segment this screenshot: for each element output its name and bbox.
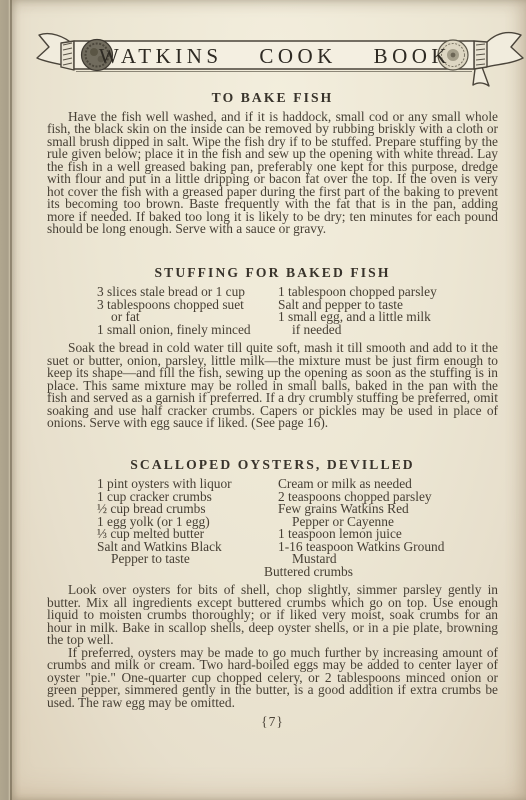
stuffing-ingredients-right: 1 tablespoon chopped parsley Salt and pe… (278, 286, 498, 336)
ingredient-line: 1 small onion, finely minced (97, 324, 278, 337)
to-bake-fish-paragraph: Have the fish well washed, and if it is … (47, 111, 498, 236)
book-title: WATKINS COOK BOOK (99, 44, 451, 68)
oysters-ingredients-left: 1 pint oysters with liquor 1 cup cracker… (97, 478, 278, 566)
oysters-ingredient-columns: 1 pint oysters with liquor 1 cup cracker… (47, 478, 498, 566)
stuffing-ingredients-left: 3 slices stale bread or 1 cup 3 tablespo… (97, 286, 278, 336)
recipe-page: WATKINS COOK BOOK TO BAKE FISH Have the … (10, 0, 526, 800)
ingredient-line: if needed (278, 324, 498, 337)
section-heading-scalloped-oysters: SCALLOPED OYSTERS, DEVILLED (47, 459, 498, 472)
section-heading-stuffing: STUFFING FOR BAKED FISH (47, 267, 498, 280)
oysters-paragraph-2: If preferred, oysters may be made to go … (47, 647, 498, 710)
ribbon-right-tail (486, 33, 523, 67)
ribbon-right-fold (473, 67, 489, 86)
page-number: {7} (47, 716, 498, 729)
oysters-ingredients-right: Cream or milk as needed 2 teaspoons chop… (278, 478, 498, 566)
stuffing-paragraph: Soak the bread in cold water till quite … (47, 342, 498, 430)
section-heading-to-bake-fish: TO BAKE FISH (47, 92, 498, 105)
banner-ribbon-graphic: WATKINS COOK BOOK (34, 22, 526, 94)
ingredient-footer-buttered-crumbs: Buttered crumbs (47, 566, 498, 579)
oysters-paragraph-1: Look over oysters for bits of shell, cho… (47, 584, 498, 647)
page-content: TO BAKE FISH Have the fish well washed, … (47, 92, 498, 729)
ribbon-left-roll (61, 41, 74, 70)
stuffing-ingredient-columns: 3 slices stale bread or 1 cup 3 tablespo… (47, 286, 498, 336)
banner-ribbon: WATKINS COOK BOOK (34, 22, 526, 94)
ingredient-line: Pepper to taste (97, 553, 278, 566)
